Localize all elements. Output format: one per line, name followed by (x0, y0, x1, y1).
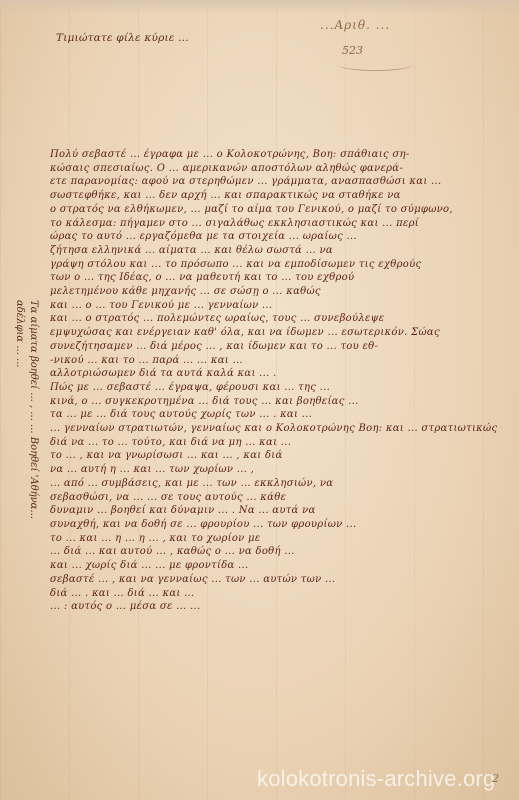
body-line: σεβασθώσι, να ... ... σε τους αυτούς ...… (50, 491, 512, 505)
body-line: διά ... . και ... διά ... και ... (50, 587, 512, 601)
body-line: συνεζήτησαμεν ... διά μέρος ... , και ίδ… (50, 340, 512, 354)
body-line: εμψυχώσας και ενέργειαν καθ' όλα, και να… (50, 326, 512, 340)
letter-salutation: Τιμιώτατε φίλε κύριε ... (56, 32, 189, 44)
archive-number: 523 (342, 44, 363, 57)
margin-note: Τα αίματα βοηθεί ... , ... ... Βοηθεί 'Α… (12, 300, 40, 519)
letter-body: Πολύ σεβαστέ ... έγραφα με ... ο Κολοκοτ… (50, 148, 512, 614)
body-line: ώρας το αυτό ... εργαζόμεθα με τα στοιχε… (50, 230, 512, 244)
body-line: συναχθή, και να δοθή σε ... φρουρίου ...… (50, 518, 512, 532)
watermark: kolokotronis-archive.org (257, 766, 495, 792)
margin-note-line: αδέλφια ... ... (12, 300, 26, 519)
body-line: κώσαις σπεσιαίως. Ο ... αμερικανών αποστ… (50, 162, 512, 176)
body-line: ζήτησα ελληνικά ... αίματα ... και θέλω … (50, 244, 512, 258)
archive-annotation: ...Αριθ. ... (320, 18, 390, 32)
body-line: και ... χωρίς διά ... ... με φροντίδα ..… (50, 559, 512, 573)
body-line: διά να ... το ... τούτο, και διά να μη .… (50, 436, 512, 450)
body-line: και ... ο ... του Γενικού με ... γενναίω… (50, 299, 512, 313)
body-line: το κάλεσμα: πήγαμεν στο ... σιγαλάθως εκ… (50, 217, 512, 231)
body-line: κινά, ο ... συγκεκροτημένα ... διά τους … (50, 395, 512, 409)
body-line: Πολύ σεβαστέ ... έγραφα με ... ο Κολοκοτ… (50, 148, 512, 162)
body-line: -νικού ... και το ... παρά ... ... και .… (50, 354, 512, 368)
body-line: αλλοτριώσωμεν διά τα αυτά καλά και ... . (50, 367, 512, 381)
body-line: των ο ... της Ιδέας, ο ... να μαθευτή κα… (50, 271, 512, 285)
body-line: το ... , και να γνωρίσωσι ... και ... , … (50, 449, 512, 463)
body-line: σεβαστέ ... , και να γενναίως ... των ..… (50, 573, 512, 587)
body-line: σωστεφθήκε, και ... δεν αρχή ... και σπα… (50, 189, 512, 203)
body-line: και ... ο στρατός ... πολεμώντες ωραίως,… (50, 312, 512, 326)
archive-stamp: ...Αριθ. ... 523 (310, 14, 500, 64)
body-line: ... από ... συμβάσεις, και με ... των ..… (50, 477, 512, 491)
body-line: γράψη στόλου και ... το πρόσωπο ... και … (50, 258, 512, 272)
body-line: δυναμιν ... βοηθεί και δύναμιν ... . Να … (50, 504, 512, 518)
margin-note-line: Τα αίματα βοηθεί ... , ... ... Βοηθεί 'Α… (26, 300, 40, 519)
body-line: να ... αυτή η ... και ... των χωρίων ...… (50, 463, 512, 477)
body-line: τα ... με ... διά τους αυτούς χωρίς των … (50, 408, 512, 422)
page-number: 2 (492, 772, 499, 785)
stamp-oval (338, 58, 413, 71)
body-line: Πώς με ... σεβαστέ ... έγραψα, φέρουσι κ… (50, 381, 512, 395)
body-line: το ... και ... η ... η ... , και το χωρί… (50, 532, 512, 546)
body-line: μελετημένου κάθε μηχανής ... σε σώσῃ ο .… (50, 285, 512, 299)
manuscript-page: Τιμιώτατε φίλε κύριε ... ...Αριθ. ... 52… (0, 0, 519, 800)
body-line: ... γενναίων στρατιωτών, γενναίως και ο … (50, 422, 512, 436)
body-line: ο στρατός να ελθήκωμεν, ... μαζί το αίμα… (50, 203, 512, 217)
body-line: ετε παρανομίας: αφού να στερηθώμεν ... γ… (50, 175, 512, 189)
body-line: ... διά ... και αυτού ... , καθώς ο ... … (50, 545, 512, 559)
body-line: ... : αυτός ο ... μέσα σε ... ... (50, 600, 512, 614)
